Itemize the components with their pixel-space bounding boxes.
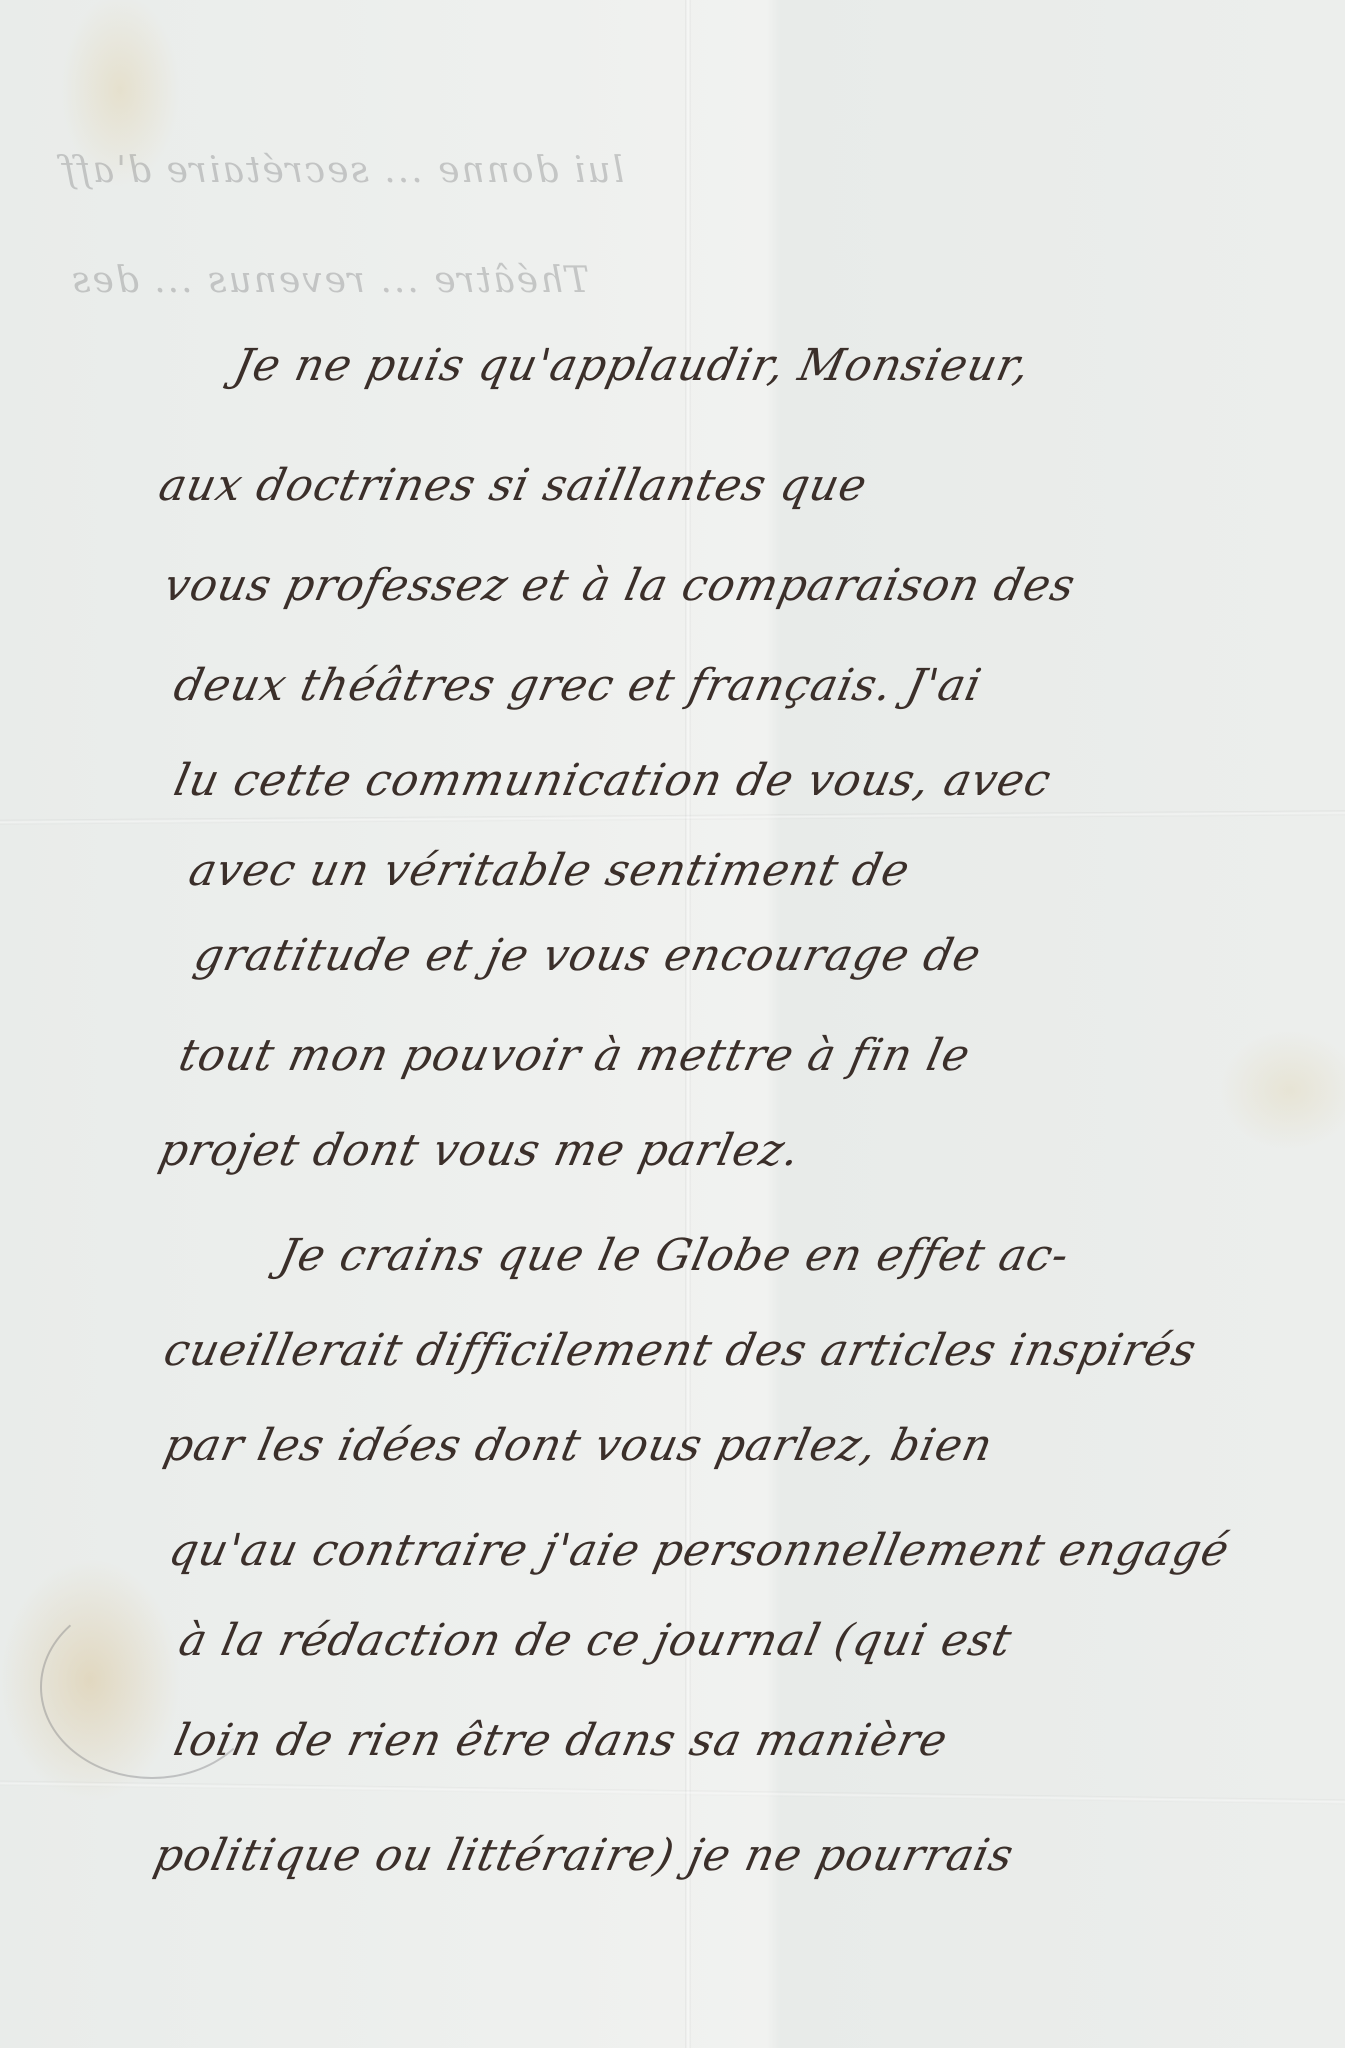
lower-fold — [0, 1781, 1345, 1805]
letter-line: Je ne puis qu'applaudir, Monsieur, — [230, 340, 1035, 391]
letter-line: aux doctrines si saillantes que — [155, 460, 872, 511]
letter-line: politique ou littéraire) je ne pourrais — [150, 1830, 1019, 1881]
letter-line: deux théâtres grec et français. J'ai — [170, 660, 987, 711]
letter-line: Je crains que le Globe en effet ac- — [275, 1230, 1074, 1281]
letter-line: vous professez et à la comparaison des — [160, 560, 1080, 611]
horizontal-fold — [0, 810, 1345, 824]
letter-line: par les idées dont vous parlez, bien — [160, 1420, 998, 1471]
letter-line: qu'au contraire j'aie personnellement en… — [165, 1525, 1235, 1576]
letter-line: loin de rien être dans sa manière — [170, 1715, 953, 1766]
letter-line: avec un véritable sentiment de — [185, 845, 915, 896]
letter-line: cueillerait difficilement des articles i… — [160, 1325, 1202, 1376]
letter-line: à la rédaction de ce journal (qui est — [175, 1615, 1017, 1666]
letter-line: lu cette communication de vous, avec — [170, 755, 1056, 806]
letter-line: gratitude et je vous encourage de — [190, 930, 986, 981]
bleed-through-text: Théâtre ... revenus ... des — [70, 260, 589, 301]
letter-paper: lui donne ... secrétaire d'aff Théâtre .… — [0, 0, 1345, 2048]
bleed-through-text: lui donne ... secrétaire d'aff — [60, 150, 624, 191]
letter-line: tout mon pouvoir à mettre à fin le — [175, 1030, 975, 1081]
letter-line: projet dont vous me parlez. — [155, 1125, 805, 1176]
